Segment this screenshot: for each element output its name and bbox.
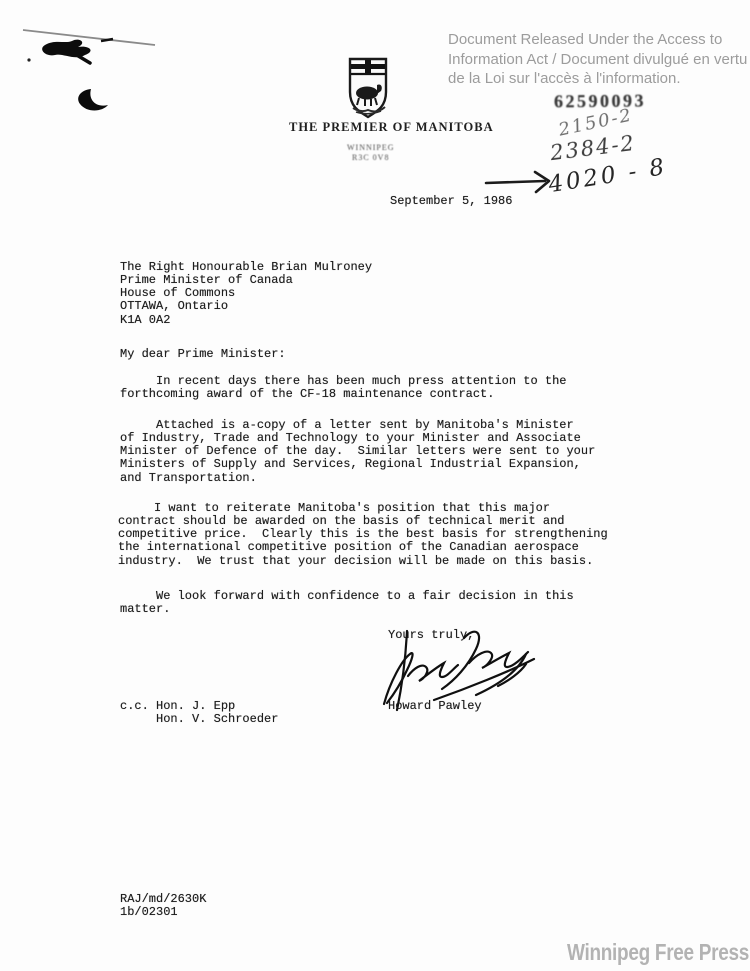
salutation: My dear Prime Minister: (120, 348, 286, 361)
letterhead-city: WINNIPEG (347, 143, 395, 152)
scan-smudge-artifacts (15, 18, 165, 118)
letterhead-postal: R3C 0V8 (352, 153, 389, 162)
access-stamp-number: 62590093 (554, 91, 646, 113)
paragraph-2: Attached is a-copy of a letter sent by M… (120, 419, 595, 485)
manitoba-crest-icon (344, 56, 392, 120)
letter-date: September 5, 1986 (390, 195, 512, 208)
cc-list: c.c. Hon. J. Epp Hon. V. Schroeder (120, 700, 278, 726)
recipient-address: The Right Honourable Brian Mulroney Prim… (120, 261, 372, 327)
paragraph-1: In recent days there has been much press… (120, 375, 566, 401)
access-stamp-text: Document Released Under the Access to In… (448, 30, 747, 89)
letterhead-title: THE PREMIER OF MANITOBA (289, 120, 494, 135)
paragraph-4: We look forward with confidence to a fai… (120, 590, 574, 616)
paragraph-3: I want to reiterate Manitoba's position … (118, 502, 608, 568)
letter-page: { "access_stamp": { "lines": [ "Document… (0, 0, 750, 971)
signer-name: Howard Pawley (388, 700, 482, 713)
press-watermark: Winnipeg Free Press (567, 941, 749, 967)
reference-codes: RAJ/md/2630K 1b/02301 (120, 893, 206, 919)
